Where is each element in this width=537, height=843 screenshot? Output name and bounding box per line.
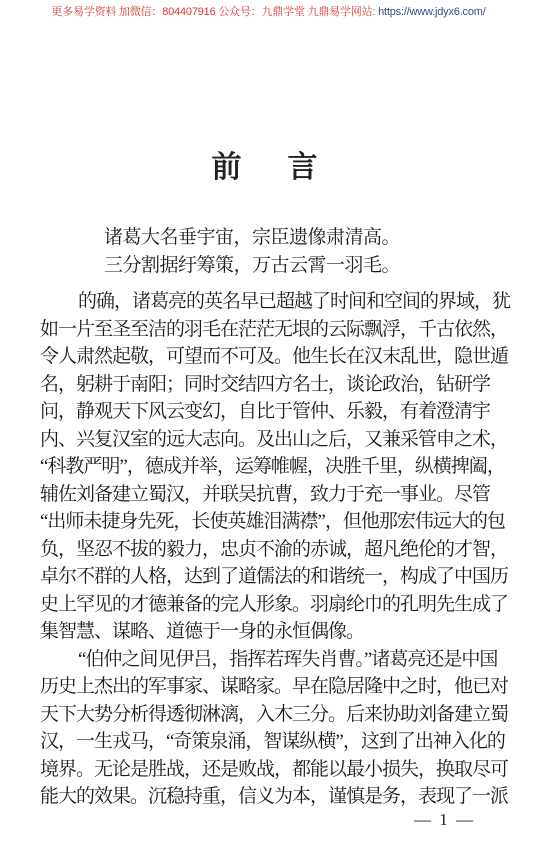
text-line: 内、兴复汉室的远大志向。及出山之后，又兼采管申之术， <box>40 426 512 454</box>
text-line: 名，躬耕于南阳；同时交结四方名士，谈论政治，钻研学 <box>40 371 512 399</box>
text-line: 史上罕见的才德兼备的完人形象。羽扇纶巾的孔明先生成了 <box>40 591 512 619</box>
text-line: “伯仲之间见伊吕，指挥若珲失肖曹。”诸葛亮还是中国 <box>40 646 512 674</box>
text-line: 负，坚忍不拔的毅力，忠贞不渝的赤诚，超凡绝伦的才智， <box>40 536 512 564</box>
text-line: 问，静观天下风云变幻，自比于管仲、乐毅，有着澄清宇 <box>40 398 512 426</box>
text-line: 如一片至圣至洁的羽毛在茫茫无垠的云际飘浮，千古依然， <box>40 316 512 344</box>
text-line: 历史上杰出的军事家、谋略家。早在隐居隆中之时，他已对 <box>40 673 512 701</box>
text-line: 汉，一生戎马，“奇策泉涌，智谋纵横”，这到了出神入化的 <box>40 728 512 756</box>
paragraph: “伯仲之间见伊吕，指挥若珲失肖曹。”诸葛亮还是中国历史上杰出的军事家、谋略家。早… <box>40 646 512 811</box>
body-text: 的确，诸葛亮的英名早已超越了时间和空间的界域，犹如一片至圣至洁的羽毛在茫茫无垠的… <box>40 288 512 811</box>
paragraph: 的确，诸葛亮的英名早已超越了时间和空间的界域，犹如一片至圣至洁的羽毛在茫茫无垠的… <box>40 288 512 646</box>
text-line: 境界。无论是胜战，还是败战，都能以最小损失，换取尽可 <box>40 756 512 784</box>
header-note: 更多易学资料 加微信：804407916 公众号：九鼎学堂 九鼎易学网站: ht… <box>0 3 537 19</box>
header-red-text: 更多易学资料 加微信：804407916 公众号：九鼎学堂 九鼎易学网站: <box>51 6 378 18</box>
text-line: 辅佐刘备建立蜀汉，并联吴抗曹，致力于充一事业。尽管 <box>40 481 512 509</box>
text-line: 能大的效果。沉稳持重，信义为本，谨慎是务，表现了一派 <box>40 783 512 811</box>
text-line: 令人肃然起敬，可望而不可及。他生长在汉末乱世，隐世遁 <box>40 343 512 371</box>
poem-line: 诸葛大名垂宇宙，宗臣遗像肃清高。 <box>104 224 400 252</box>
page-title: 前 言 <box>0 142 537 186</box>
poem: 诸葛大名垂宇宙，宗臣遗像肃清高。三分割据纡筹策，万古云霄一羽毛。 <box>104 224 400 279</box>
poem-line: 三分割据纡筹策，万古云霄一羽毛。 <box>104 252 400 280</box>
text-line: 卓尔不群的人格，达到了道儒法的和谐统一，构成了中国历 <box>40 563 512 591</box>
text-line: 集智慧、谋略、道德于一身的永恒偶像。 <box>40 618 512 646</box>
header-url-link[interactable]: https://www.jdyx6.com/ <box>378 6 485 18</box>
text-line: “科教严明”，德成并举，运筹帷幄，决胜千里，纵横捭阖， <box>40 453 512 481</box>
text-line: 的确，诸葛亮的英名早已超越了时间和空间的界域，犹 <box>40 288 512 316</box>
text-line: 天下大势分析得透彻淋漓，入木三分。后来协助刘备建立蜀 <box>40 701 512 729</box>
text-line: “出师未捷身先死，长使英雄泪满襟”，但他那宏伟远大的包 <box>40 508 512 536</box>
page-number: — 1 — <box>414 810 475 830</box>
